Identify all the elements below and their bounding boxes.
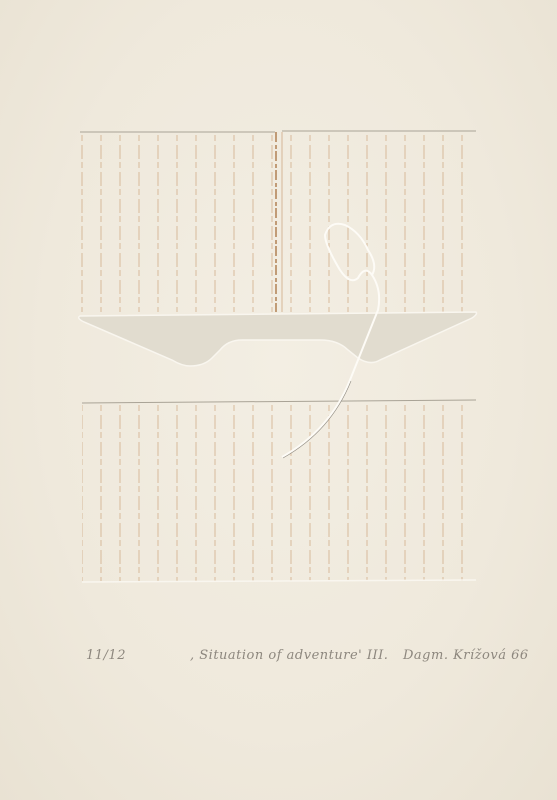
edition-number: 11/12 bbox=[86, 648, 126, 663]
artwork-title: , Situation of adventure' III. bbox=[190, 648, 388, 663]
bottom-grid-panel bbox=[82, 400, 478, 582]
artist-signature: Dagm. Krížová 66 bbox=[403, 648, 529, 663]
trapezoid-relief bbox=[79, 312, 477, 366]
embossed-artwork bbox=[0, 0, 557, 800]
top-grid-panel bbox=[80, 131, 476, 312]
print-paper: 11/12 , Situation of adventure' III. Dag… bbox=[0, 0, 557, 800]
